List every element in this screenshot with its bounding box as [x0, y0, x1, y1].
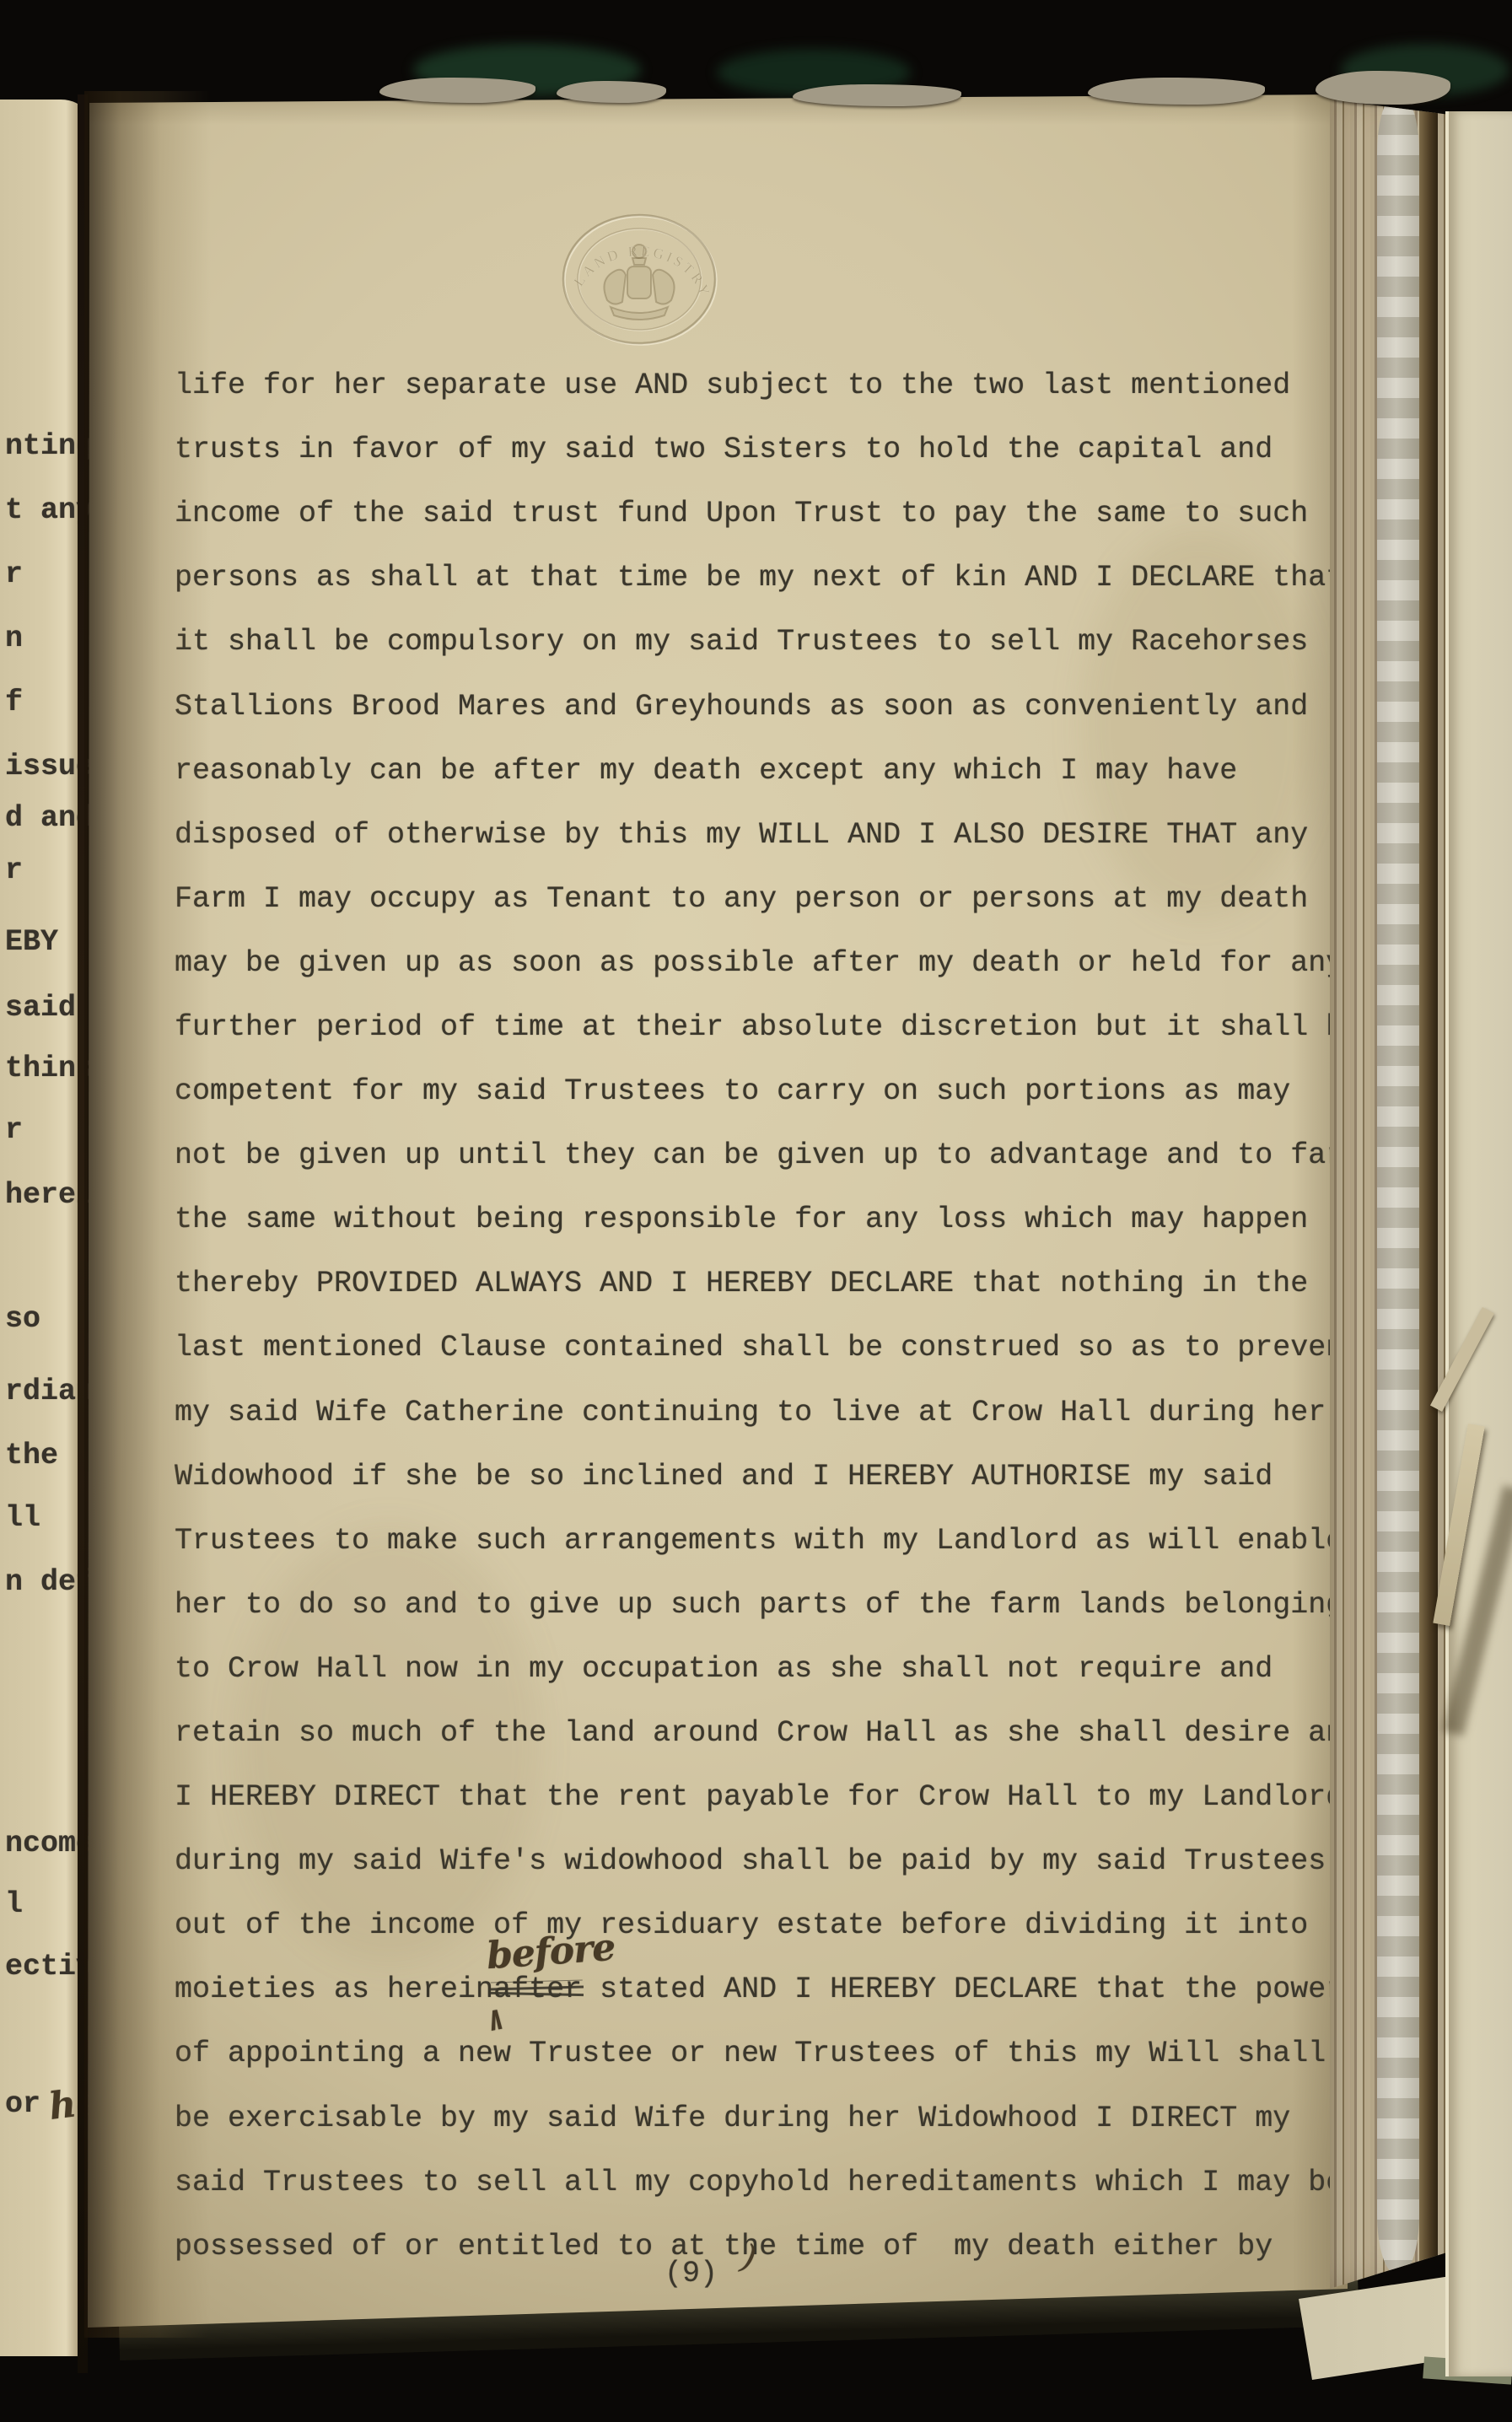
typewritten-line: be exercisable by my said Wife during he…	[175, 2086, 1355, 2150]
page-top-remnants	[1088, 78, 1265, 105]
typewritten-line: Widowhood if she be so inclined and I HE…	[175, 1445, 1355, 1509]
typewritten-line: possessed of or entitled to at the time …	[175, 2215, 1355, 2279]
page-top-remnants	[1316, 71, 1450, 105]
underlying-page	[1445, 111, 1512, 2376]
typewritten-line: it shall be compulsory on my said Truste…	[175, 610, 1355, 674]
typewritten-line: during my said Wife's widowhood shall be…	[175, 1829, 1355, 1893]
typewritten-line: the same without being responsible for a…	[175, 1187, 1355, 1251]
typewritten-line: trusts in favor of my said two Sisters t…	[175, 417, 1355, 482]
page-number: (9) )	[665, 2257, 718, 2290]
land-registry-seal: LAND REGISTRY	[555, 207, 724, 351]
typewritten-line: not be given up until they can be given …	[175, 1123, 1355, 1187]
typewritten-line: may be given up as soon as possible afte…	[175, 931, 1355, 995]
page-top-remnants	[793, 84, 961, 106]
typewritten-line: said Trustees to sell all my copyhold he…	[175, 2150, 1355, 2215]
typewritten-line: life for her separate use AND subject to…	[175, 353, 1355, 417]
typewritten-line: my said Wife Catherine continuing to liv…	[175, 1381, 1355, 1445]
page-top-remnants	[379, 78, 535, 103]
silk-bookmark	[1377, 94, 1419, 2274]
strikethrough-word: after	[493, 1973, 582, 2006]
page-stack-crevice	[1419, 91, 1438, 2292]
typewritten-line: Farm I may occupy as Tenant to any perso…	[175, 867, 1355, 931]
typewritten-line: income of the said trust fund Upon Trust…	[175, 482, 1355, 546]
typewritten-line: disposed of otherwise by this my WILL AN…	[175, 803, 1355, 867]
typewritten-line: reasonably can be after my death except …	[175, 739, 1355, 803]
left-page	[0, 100, 83, 2356]
typewritten-line: to Crow Hall now in my occupation as she…	[175, 1637, 1355, 1701]
typewritten-line: competent for my said Trustees to carry …	[175, 1059, 1355, 1123]
edit-annotation: afterbefore∧	[493, 1973, 582, 2006]
handwritten-insertion: before	[485, 1926, 616, 1978]
typewritten-line: Trustees to make such arrangements with …	[175, 1509, 1355, 1573]
typewritten-line: thereby PROVIDED ALWAYS AND I HEREBY DEC…	[175, 1251, 1355, 1316]
gutter-shadow	[84, 91, 211, 2338]
typewritten-line: of appointing a new Trustee or new Trust…	[175, 2021, 1355, 2086]
book-scan: ntingt anyrnfissued andrEBYsaidthinkrher…	[0, 0, 1512, 2422]
typewritten-line: her to do so and to give up such parts o…	[175, 1573, 1355, 1637]
typewritten-line: last mentioned Clause contained shall be…	[175, 1316, 1355, 1380]
page-top-remnants	[557, 81, 666, 103]
document-body: life for her separate use AND subject to…	[175, 353, 1355, 2279]
fore-edge-pages	[1330, 91, 1450, 2292]
typewritten-line: persons as shall at that time be my next…	[175, 546, 1355, 610]
typewritten-line: Stallions Brood Mares and Greyhounds as …	[175, 674, 1355, 738]
typewritten-line: I HEREBY DIRECT that the rent payable fo…	[175, 1765, 1355, 1829]
typewritten-line: out of the income of my residuary estate…	[175, 1893, 1355, 1957]
page-number-label: (9)	[665, 2257, 718, 2290]
main-page: LAND REGISTRY life for her separate use …	[86, 91, 1351, 2338]
typewritten-line: moieties as hereinafterbefore∧ stated AN…	[175, 1957, 1355, 2021]
typewritten-line: further period of time at their absolute…	[175, 995, 1355, 1059]
typewritten-line: retain so much of the land around Crow H…	[175, 1701, 1355, 1765]
